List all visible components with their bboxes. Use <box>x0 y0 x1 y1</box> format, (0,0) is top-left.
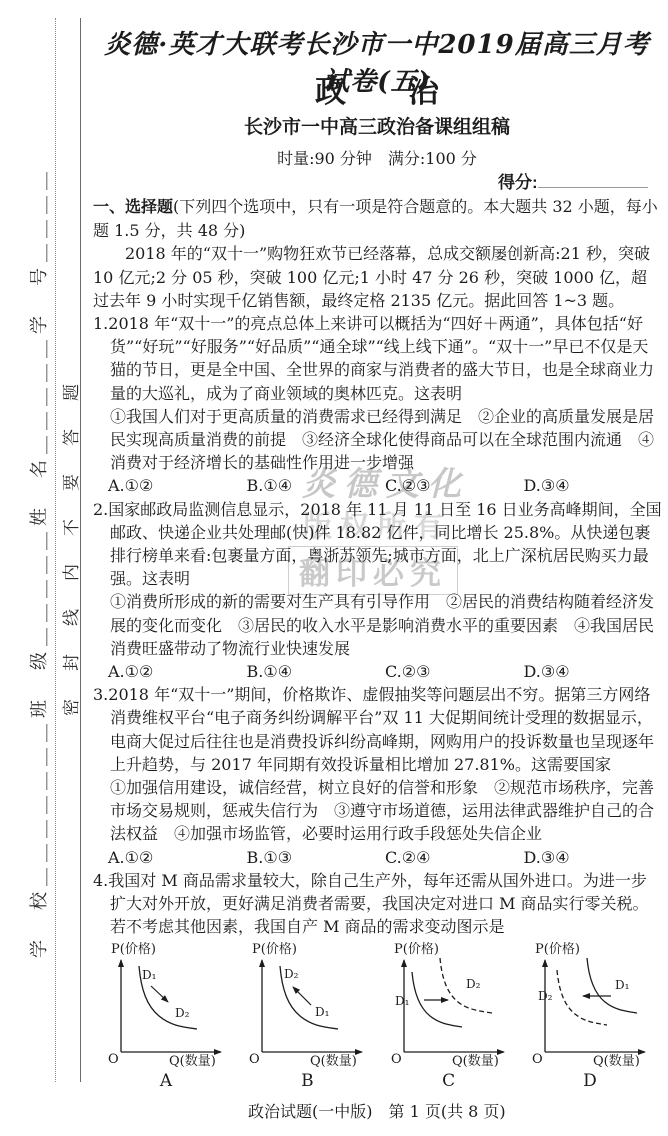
source-line: 长沙市一中高三政治备课组组稿 <box>92 112 662 139</box>
p-axis-label: P(价格) <box>394 942 439 957</box>
p-axis-label: P(价格) <box>252 942 297 957</box>
question-4-text: 4.我国对 M 商品需求量较大，除自己生产外，每年还需从国外进口。为进一步扩大对… <box>93 869 662 939</box>
graph-c-canvas: P(价格) Q(数量) O D₁ D₂ <box>380 942 518 1068</box>
p-axis-label: P(价格) <box>535 942 580 957</box>
option-b: B.①③ <box>247 846 386 869</box>
demand-graph-d: P(价格) Q(数量) O D₂ D₁ D <box>521 942 659 1093</box>
p-axis-label: P(价格) <box>111 942 156 957</box>
q-axis-label: Q(数量) <box>310 1053 357 1068</box>
section-instructions: (下列四个选项中，只有一项是符合题意的。本大题共 32 小题，每小题 1.5 分… <box>93 197 658 240</box>
question-2-options: A.①② B.①④ C.②③ D.③④ <box>93 660 662 683</box>
question-3-options: A.①② B.①③ C.②④ D.③④ <box>93 846 662 869</box>
question-2-text: 2.国家邮政局监测信息显示，2018 年 11 月 11 日至 16 日业务高峰… <box>93 498 662 591</box>
option-b: B.①④ <box>247 660 386 683</box>
graph-d-letter: D <box>583 1070 597 1093</box>
option-d: D.③④ <box>524 474 663 497</box>
curve-label-d1: D₁ <box>615 978 629 992</box>
demand-graph-b: P(价格) Q(数量) O D₂ D₁ B <box>238 942 376 1093</box>
graph-d-canvas: P(价格) Q(数量) O D₂ D₁ <box>521 942 659 1068</box>
question-1-options: A.①② B.①④ C.②③ D.③④ <box>93 474 662 497</box>
curve-label-d2: D₂ <box>284 967 299 981</box>
page-footer: 政治试题(一中版) 第 1 页(共 8 页) <box>248 1099 506 1122</box>
score-row: 得分: <box>498 168 648 193</box>
graph-a-letter: A <box>160 1070 172 1093</box>
curve-label-d2: D₂ <box>175 1006 190 1020</box>
option-d: D.③④ <box>524 660 663 683</box>
question-3-items: ①加强信用建设，诚信经营，树立良好的信誉和形象 ②规范市场秩序，完善市场交易规则… <box>93 776 662 846</box>
option-a: A.①② <box>108 846 247 869</box>
option-a: A.①② <box>108 660 247 683</box>
curve-label-d2: D₂ <box>538 989 553 1003</box>
curve-label-d1: D₁ <box>315 1005 329 1019</box>
option-b: B.①④ <box>247 474 386 497</box>
question-3-text: 3.2018 年“双十一”期间，价格欺诈、虚假抽奖等问题层出不穷。据第三方网络消… <box>93 683 662 776</box>
section-title: 一、选择题 <box>93 199 173 216</box>
demand-graph-a: P(价格) Q(数量) O D₁ D₂ A <box>97 942 235 1093</box>
question-2-items: ①消费所形成的新的需要对生产具有引导作用 ②居民的消费结构随着经济发展的变化而变… <box>93 590 662 660</box>
demand-graph-c: P(价格) Q(数量) O D₁ D₂ C <box>380 942 518 1093</box>
seal-instruction-text: 密封线内不要答题 <box>57 356 82 716</box>
demand-graphs-row: P(价格) Q(数量) O D₁ D₂ A <box>93 942 659 1093</box>
option-c: C.②④ <box>385 846 524 869</box>
question-1-items: ①我国人们对于更高质量的消费需求已经得到满足 ②企业的高质量发展是居民实现高质量… <box>93 405 662 475</box>
student-info-fields: 学 校＿＿＿＿＿＿＿班 级＿＿＿＿＿姓 名＿＿＿＿＿学 号＿＿＿＿ <box>25 166 51 958</box>
curve-label-d1: D₁ <box>142 968 156 982</box>
origin-label: O <box>391 1052 402 1067</box>
duration-line: 时量:90 分钟 满分:100 分 <box>92 146 662 169</box>
graph-b-canvas: P(价格) Q(数量) O D₂ D₁ <box>238 942 376 1068</box>
graph-a-canvas: P(价格) Q(数量) O D₁ D₂ <box>97 942 235 1068</box>
section-intro: 2018 年的“双十一”购物狂欢节已经落幕，总成交额屡创新高:21 秒，突破 1… <box>93 242 662 312</box>
q-axis-label: Q(数量) <box>593 1053 640 1068</box>
option-d: D.③④ <box>524 846 663 869</box>
seal-dotted-line <box>55 18 56 1082</box>
origin-label: O <box>249 1052 260 1067</box>
shift-arrow <box>151 986 168 1002</box>
origin-label: O <box>532 1052 543 1067</box>
option-a: A.①② <box>108 474 247 497</box>
option-c: C.②③ <box>385 660 524 683</box>
curve-label-d1: D₁ <box>395 994 409 1008</box>
demand-curve-solid <box>587 958 637 1013</box>
shift-arrow <box>293 987 311 1005</box>
curve-label-d2: D₂ <box>466 977 481 991</box>
exam-paper-page: 学 校＿＿＿＿＿＿＿班 级＿＿＿＿＿姓 名＿＿＿＿＿学 号＿＿＿＿ 密封线内不要… <box>0 0 668 1136</box>
graph-c-letter: C <box>442 1070 455 1093</box>
subject-title: 政 治 <box>92 66 662 111</box>
score-blank-line <box>538 173 648 188</box>
question-content: 一、选择题(下列四个选项中，只有一项是符合题意的。本大题共 32 小题，每小题 … <box>93 195 662 1093</box>
option-c: C.②③ <box>385 474 524 497</box>
q-axis-label: Q(数量) <box>452 1053 499 1068</box>
q-axis-label: Q(数量) <box>169 1053 216 1068</box>
demand-curve-dashed <box>557 970 607 1025</box>
graph-b-letter: B <box>301 1070 314 1093</box>
question-1-text: 1.2018 年“双十一”的亮点总体上来讲可以概括为“四好＋两通”，具体包括“好… <box>93 312 662 405</box>
score-label: 得分: <box>498 173 538 192</box>
origin-label: O <box>108 1052 119 1067</box>
section-heading: 一、选择题(下列四个选项中，只有一项是符合题意的。本大题共 32 小题，每小题 … <box>93 195 662 242</box>
